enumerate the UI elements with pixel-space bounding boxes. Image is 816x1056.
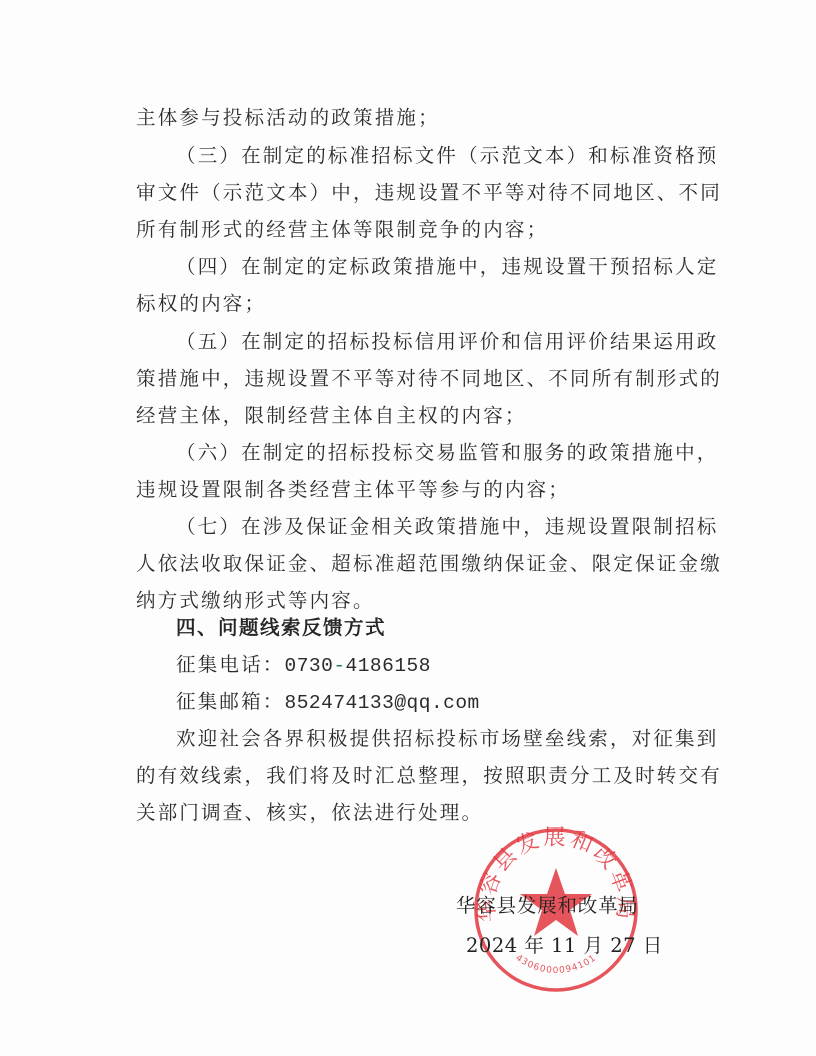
contact-phone: 征集电话：0730-4186158 bbox=[176, 650, 692, 680]
text-line: 人依法收取保证金、超标准超范围缴纳保证金、限定保证金缴 bbox=[136, 549, 692, 579]
item-7-line: （七）在涉及保证金相关政策措施中，违规设置限制招标 bbox=[176, 512, 692, 542]
section-heading: 四、问题线索反馈方式 bbox=[176, 613, 692, 643]
item-5-line: （五）在制定的招标投标信用评价和信用评价结果运用政 bbox=[176, 327, 692, 357]
closing-line: 欢迎社会各界积极提供招标投标市场壁垒线索，对征集到 bbox=[176, 724, 692, 754]
phone-dash: - bbox=[333, 655, 345, 677]
text-line: 标权的内容； bbox=[136, 289, 692, 319]
phone-label: 征集电话： bbox=[176, 653, 285, 676]
phone-number: 4186158 bbox=[346, 655, 431, 677]
contact-email: 征集邮箱：852474133@qq.com bbox=[176, 687, 692, 717]
text-line: 主体参与投标活动的政策措施； bbox=[136, 103, 692, 133]
text-line: 违规设置限制各类经营主体平等参与的内容； bbox=[136, 475, 692, 505]
item-3-line: （三）在制定的标准招标文件（示范文本）和标准资格预 bbox=[176, 141, 692, 171]
item-4-line: （四）在制定的定标政策措施中，违规设置干预招标人定 bbox=[176, 252, 692, 282]
text-line: 经营主体，限制经营主体自主权的内容； bbox=[136, 401, 692, 431]
closing-line: 的有效线索，我们将及时汇总整理，按照职责分工及时转交有 bbox=[136, 761, 692, 791]
item-6-line: （六）在制定的招标投标交易监管和服务的政策措施中， bbox=[176, 438, 692, 468]
email-address: 852474133@qq.com bbox=[285, 692, 480, 714]
phone-area-code: 0730 bbox=[285, 655, 334, 677]
email-label: 征集邮箱： bbox=[176, 690, 285, 713]
signing-date: 2024 年 11 月 27 日 bbox=[466, 931, 663, 961]
document-page: 主体参与投标活动的政策措施； （三）在制定的标准招标文件（示范文本）和标准资格预… bbox=[0, 0, 816, 1056]
text-line: 审文件（示范文本）中，违规设置不平等对待不同地区、不同 bbox=[136, 178, 692, 208]
signing-organization: 华容县发展和改革局 bbox=[456, 891, 639, 921]
text-line: 策措施中，违规设置不平等对待不同地区、不同所有制形式的 bbox=[136, 364, 692, 394]
text-line: 纳方式缴纳形式等内容。 bbox=[136, 586, 692, 616]
text-line: 所有制形式的经营主体等限制竞争的内容； bbox=[136, 215, 692, 245]
